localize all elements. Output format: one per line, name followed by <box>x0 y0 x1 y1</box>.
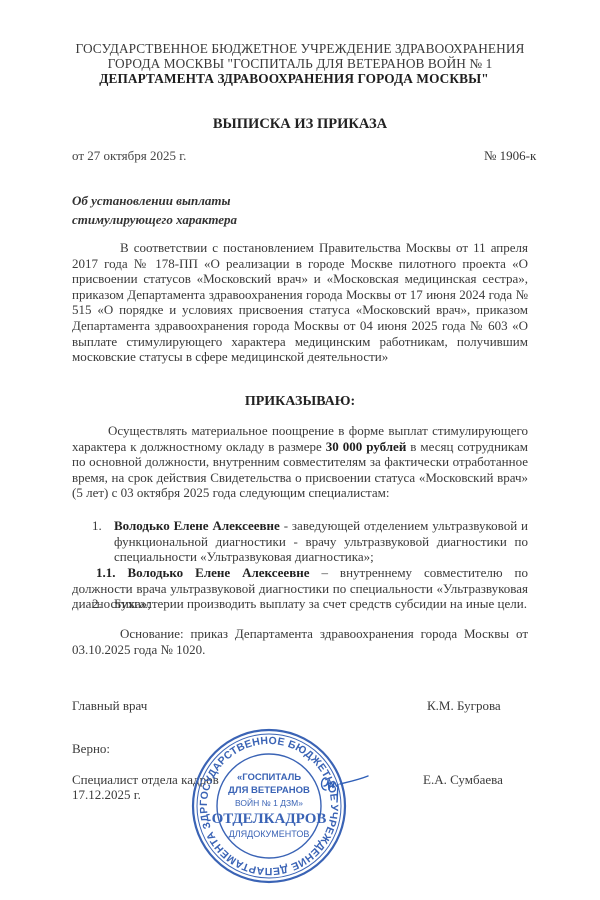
order-subject: Об установлении выплаты стимулирующего х… <box>72 191 237 229</box>
svg-text:ВОЙН № 1 ДЗМ»: ВОЙН № 1 ДЗМ» <box>235 797 303 808</box>
preamble-paragraph: В соответствии с постановлением Правител… <box>72 240 528 365</box>
subject-line-2: стимулирующего характера <box>72 210 237 229</box>
svg-text:ДЛЯ ВЕТЕРАНОВ: ДЛЯ ВЕТЕРАНОВ <box>228 785 310 796</box>
order-date: от 27 октября 2025 г. <box>72 148 186 164</box>
org-header-line-3: ДЕПАРТАМЕНТА ЗДРАВООХРАНЕНИЯ ГОРОДА МОСК… <box>0 71 594 86</box>
order-number: № 1906-к <box>484 148 536 164</box>
item-name: Володько Елене Алексеевне <box>127 565 309 580</box>
order-amount: 30 000 рублей <box>326 439 407 454</box>
specialist-name: Е.А. Сумбаева <box>423 772 503 788</box>
document-title: ВЫПИСКА ИЗ ПРИКАЗА <box>0 116 600 133</box>
subject-line-1: Об установлении выплаты <box>72 191 237 210</box>
svg-text:«ГОСПИТАЛЬ: «ГОСПИТАЛЬ <box>237 772 301 783</box>
org-header-line-2: ГОРОДА МОСКВЫ "ГОСПИТАЛЬ ДЛЯ ВЕТЕРАНОВ В… <box>0 56 600 71</box>
item-number: 1. <box>92 518 102 534</box>
item-number: 1.1. <box>96 565 116 580</box>
list-item-2: 2.Бухгалтерии производить выплату за сче… <box>92 596 528 612</box>
item-name: Володько Елене Алексеевне <box>114 518 280 533</box>
svg-text:ДЛЯДОКУМЕНТОВ: ДЛЯДОКУМЕНТОВ <box>229 829 310 839</box>
handwritten-signature <box>318 772 370 812</box>
chief-title: Главный врач <box>72 698 147 714</box>
item-number: 2. <box>92 596 102 612</box>
specialist-date: 17.12.2025 г. <box>72 787 141 803</box>
signature-icon <box>318 772 370 812</box>
basis-text: Основание: приказ Департамента здравоохр… <box>72 626 528 657</box>
list-item-1: 1.Володько Елене Алексеевне - заведующей… <box>92 518 528 565</box>
org-header-line-1: ГОСУДАРСТВЕННОЕ БЮДЖЕТНОЕ УЧРЕЖДЕНИЕ ЗДР… <box>0 41 600 56</box>
order-paragraph: Осуществлять материальное поощрение в фо… <box>72 423 528 501</box>
order-heading: ПРИКАЗЫВАЮ: <box>0 394 600 410</box>
svg-text:ОТДЕЛКАДРОВ: ОТДЕЛКАДРОВ <box>212 811 327 827</box>
document-page: ГОСУДАРСТВЕННОЕ БЮДЖЕТНОЕ УЧРЕЖДЕНИЕ ЗДР… <box>0 0 600 900</box>
chief-name: К.М. Бугрова <box>427 698 501 714</box>
certified-label: Верно: <box>72 741 110 757</box>
preamble-text: В соответствии с постановлением Правител… <box>72 240 528 364</box>
item-text: Бухгалтерии производить выплату за счет … <box>114 596 527 611</box>
basis-paragraph: Основание: приказ Департамента здравоохр… <box>72 626 528 657</box>
